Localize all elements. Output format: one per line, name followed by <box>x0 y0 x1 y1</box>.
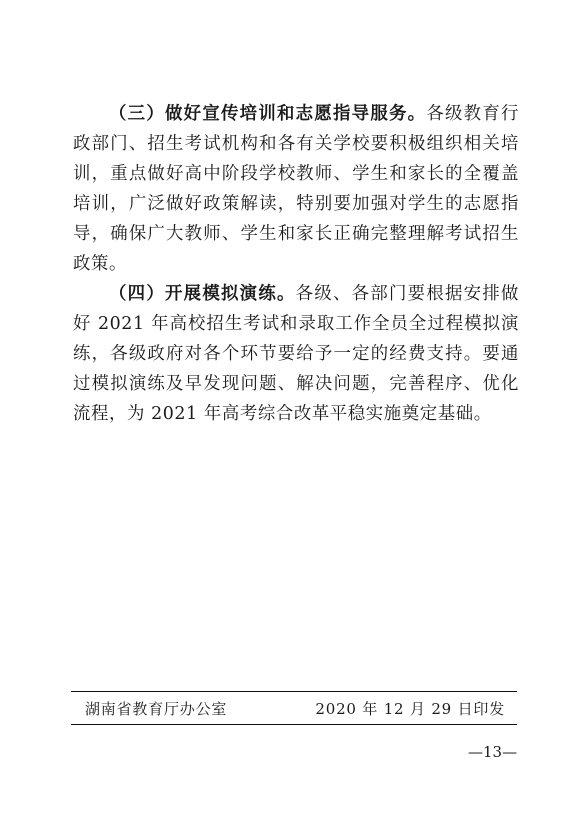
footer-imprint: 湖南省教育厅办公室 2020 年 12 月 29 日印发 <box>85 698 505 719</box>
paragraph-simulation-drill: （四）开展模拟演练。各级、各部门要根据安排做好 2021 年高校招生考试和录取工… <box>73 279 519 429</box>
document-body: （三）做好宣传培训和志愿指导服务。各级教育行政部门、招生考试机构和各有关学校要积… <box>73 99 519 429</box>
footer-bottom-rule <box>71 724 517 725</box>
paragraph-heading: （四）开展模拟演练。 <box>109 284 296 304</box>
issuer-name: 湖南省教育厅办公室 <box>85 698 227 719</box>
page-number: —13— <box>468 743 517 761</box>
footer-top-rule <box>71 691 517 692</box>
paragraph-publicity-training: （三）做好宣传培训和志愿指导服务。各级教育行政部门、招生考试机构和各有关学校要积… <box>73 99 519 279</box>
print-date: 2020 年 12 月 29 日印发 <box>315 698 505 719</box>
paragraph-heading: （三）做好宣传培训和志愿指导服务。 <box>109 104 426 124</box>
paragraph-text: 各级、各部门要根据安排做好 2021 年高校招生考试和录取工作全员全过程模拟演练… <box>73 284 519 424</box>
paragraph-text: 各级教育行政部门、招生考试机构和各有关学校要积极组织相关培训，重点做好高中阶段学… <box>73 104 519 274</box>
